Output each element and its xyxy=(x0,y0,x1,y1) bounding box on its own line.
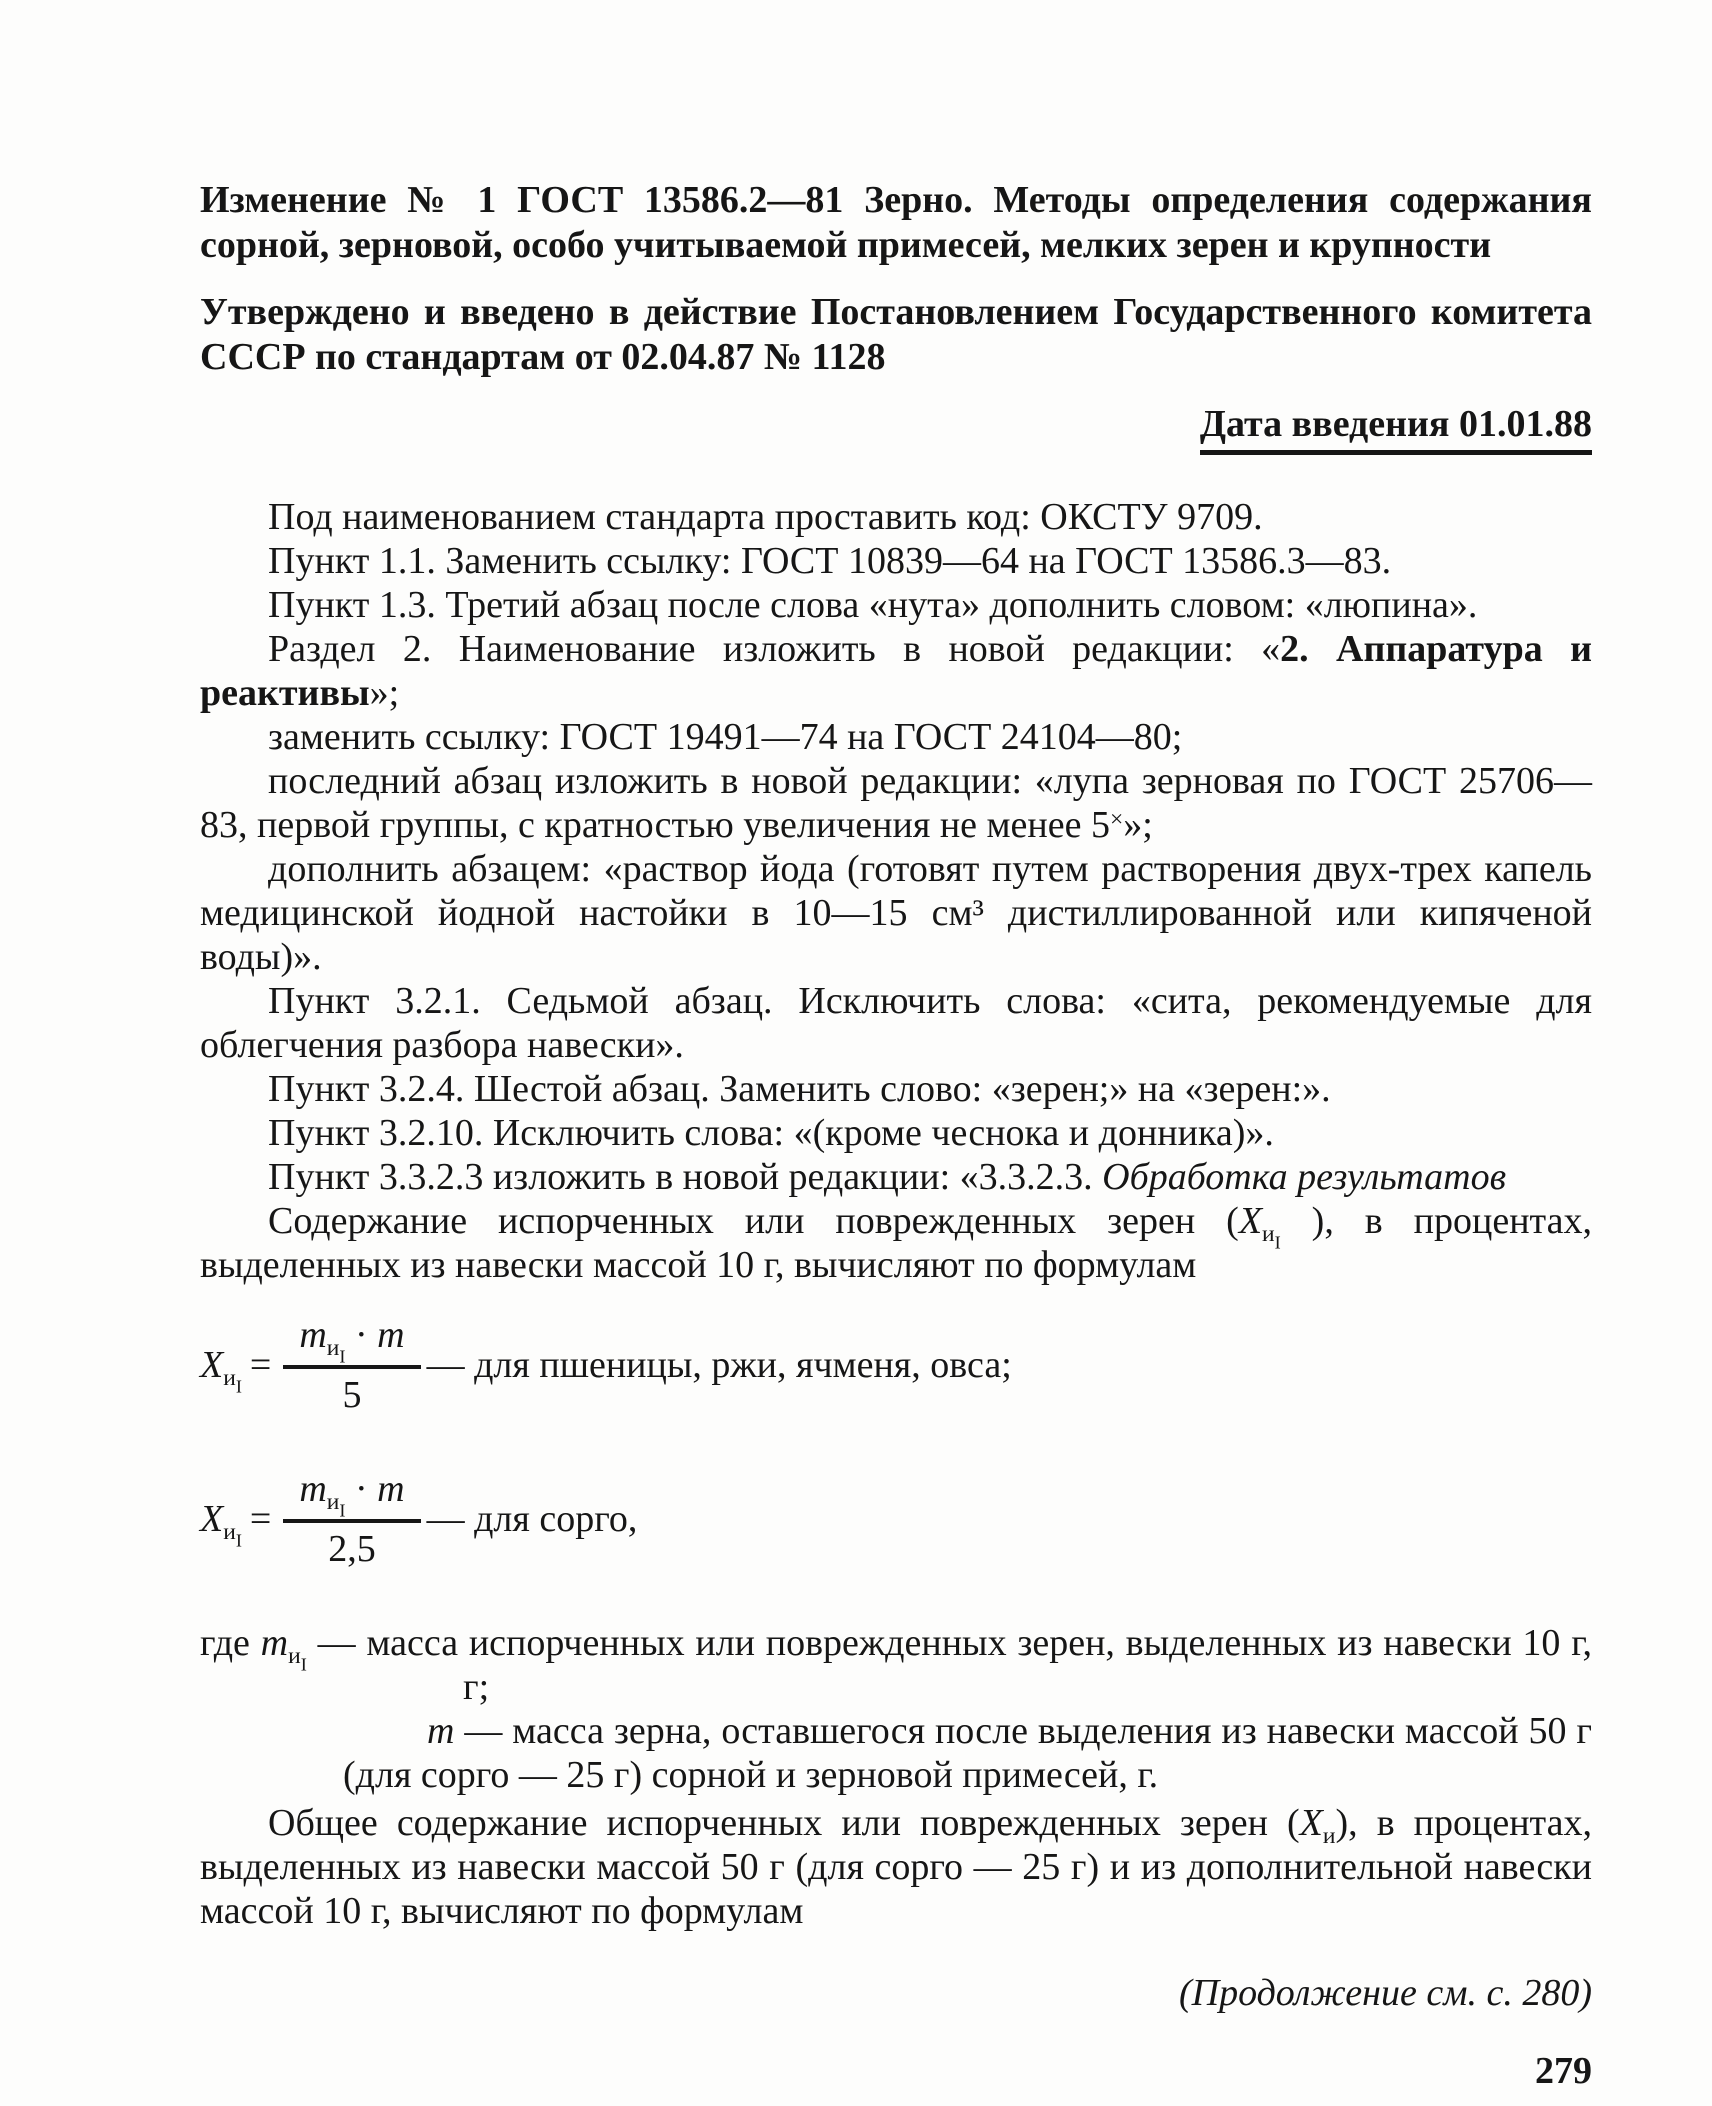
text-segment: где xyxy=(200,1622,261,1664)
paragraph: заменить ссылку: ГОСТ 19491—74 на ГОСТ 2… xyxy=(200,715,1592,759)
text-segment: · xyxy=(345,1314,377,1356)
effective-date-row: Дата введения 01.01.88 xyxy=(200,402,1592,455)
equals-sign: = xyxy=(250,1497,271,1541)
text-segment: и xyxy=(288,1643,301,1669)
text-segment: Пункт 1.1. Заменить ссылку: ГОСТ 10839—6… xyxy=(268,540,1391,582)
paragraph: Пункт 3.3.2.3 изложить в новой редакции:… xyxy=(200,1155,1592,1199)
text-segment: Х xyxy=(200,1498,223,1540)
text-segment: »; xyxy=(370,672,400,714)
text-segment: Обработка результатов xyxy=(1102,1156,1506,1198)
equals-sign: = xyxy=(250,1343,271,1387)
page-number: 279 xyxy=(200,2049,1592,2093)
text-segment: Пункт 3.2.1. Седьмой абзац. Исключить сл… xyxy=(200,980,1592,1066)
text-segment: Пункт 3.2.4. Шестой абзац. Заменить слов… xyxy=(268,1068,1331,1110)
text-segment: I xyxy=(236,1377,242,1397)
fraction-denominator: 5 xyxy=(342,1369,361,1417)
document-body: Под наименованием стандарта проставить к… xyxy=(200,495,1592,1933)
text-segment: m xyxy=(261,1622,288,1664)
text-segment: Пункт 3.2.10. Исключить слова: «(кроме ч… xyxy=(268,1112,1274,1154)
formula: ХиI=mиI · m2,5— для сорго, xyxy=(200,1467,1592,1571)
text-segment: — масса зерна, оставшегося после выделен… xyxy=(343,1710,1592,1796)
text-segment: m xyxy=(377,1468,404,1510)
fraction: mиI · m2,5 xyxy=(283,1467,420,1571)
paragraph: дополнить абзацем: «раствор йода (готовя… xyxy=(200,847,1592,979)
paragraph: Пункт 1.1. Заменить ссылку: ГОСТ 10839—6… xyxy=(200,539,1592,583)
text-segment: Х xyxy=(1300,1802,1323,1844)
text-segment: и xyxy=(223,1365,236,1391)
text-segment: Х xyxy=(1239,1200,1262,1242)
fraction-numerator: mиI · m xyxy=(283,1467,420,1523)
text-segment: Х xyxy=(200,1344,223,1386)
text-segment: и xyxy=(327,1489,340,1515)
text-segment: m xyxy=(299,1314,326,1356)
text-segment: дополнить абзацем: «раствор йода (готовя… xyxy=(200,848,1592,978)
formula-lhs: ХиI xyxy=(200,1497,242,1541)
fraction-numerator: mиI · m xyxy=(283,1313,420,1369)
text-segment: m xyxy=(377,1314,404,1356)
text-segment: — масса испорченных или поврежденных зер… xyxy=(307,1622,1592,1708)
text-segment: и xyxy=(327,1335,340,1361)
text-segment: × xyxy=(1110,806,1123,832)
text-segment: m xyxy=(427,1710,454,1752)
text-segment: Пункт 1.3. Третий абзац после слова «нут… xyxy=(268,584,1477,626)
paragraph: Пункт 3.2.4. Шестой абзац. Заменить слов… xyxy=(200,1067,1592,1111)
paragraph: Под наименованием стандарта проставить к… xyxy=(200,495,1592,539)
paragraph: где mиI — масса испорченных или поврежде… xyxy=(200,1621,1592,1709)
paragraph: Раздел 2. Наименование изложить в новой … xyxy=(200,627,1592,715)
paragraph: m — масса зерна, оставшегося после выдел… xyxy=(343,1709,1592,1797)
paragraph: Содержание испорченных или поврежденных … xyxy=(200,1199,1592,1287)
continuation-note: (Продолжение см. с. 280) xyxy=(200,1971,1592,2015)
text-segment: последний абзац изложить в новой редакци… xyxy=(200,760,1592,846)
text-segment: Содержание испорченных или поврежденных … xyxy=(268,1200,1239,1242)
document-content: Изменение № 1 ГОСТ 13586.2—81 Зерно. Мет… xyxy=(200,178,1592,2093)
paragraph: Пункт 1.3. Третий абзац после слова «нут… xyxy=(200,583,1592,627)
fraction: mиI · m5 xyxy=(283,1313,420,1417)
paragraph: Пункт 3.2.10. Исключить слова: «(кроме ч… xyxy=(200,1111,1592,1155)
effective-date: Дата введения 01.01.88 xyxy=(1200,402,1592,455)
paragraph: Пункт 3.2.1. Седьмой абзац. Исключить сл… xyxy=(200,979,1592,1067)
text-segment: Раздел 2. Наименование изложить в новой … xyxy=(268,628,1280,670)
text-segment: · xyxy=(345,1468,377,1510)
text-segment: и xyxy=(223,1519,236,1545)
text-segment: и xyxy=(1262,1221,1275,1247)
text-segment: Под наименованием стандарта проставить к… xyxy=(268,496,1263,538)
document-page: Изменение № 1 ГОСТ 13586.2—81 Зерно. Мет… xyxy=(0,0,1712,2106)
formula-description: — для сорго, xyxy=(427,1497,638,1541)
text-segment: I xyxy=(236,1531,242,1551)
fraction-denominator: 2,5 xyxy=(328,1523,376,1571)
document-title: Изменение № 1 ГОСТ 13586.2—81 Зерно. Мет… xyxy=(200,178,1592,268)
formula-description: — для пшеницы, ржи, ячменя, овса; xyxy=(427,1343,1012,1387)
paragraph: последний абзац изложить в новой редакци… xyxy=(200,759,1592,847)
paragraph: Общее содержание испорченных или поврежд… xyxy=(200,1801,1592,1933)
text-segment: m xyxy=(299,1468,326,1510)
text-segment: Общее содержание испорченных или поврежд… xyxy=(268,1802,1300,1844)
text-segment: заменить ссылку: ГОСТ 19491—74 на ГОСТ 2… xyxy=(268,716,1182,758)
text-segment: »; xyxy=(1123,804,1153,846)
formula-lhs: ХиI xyxy=(200,1343,242,1387)
text-segment: Пункт 3.3.2.3 изложить в новой редакции:… xyxy=(268,1156,1102,1198)
formula: ХиI=mиI · m5— для пшеницы, ржи, ячменя, … xyxy=(200,1313,1592,1417)
approval-paragraph: Утверждено и введено в действие Постанов… xyxy=(200,290,1592,380)
